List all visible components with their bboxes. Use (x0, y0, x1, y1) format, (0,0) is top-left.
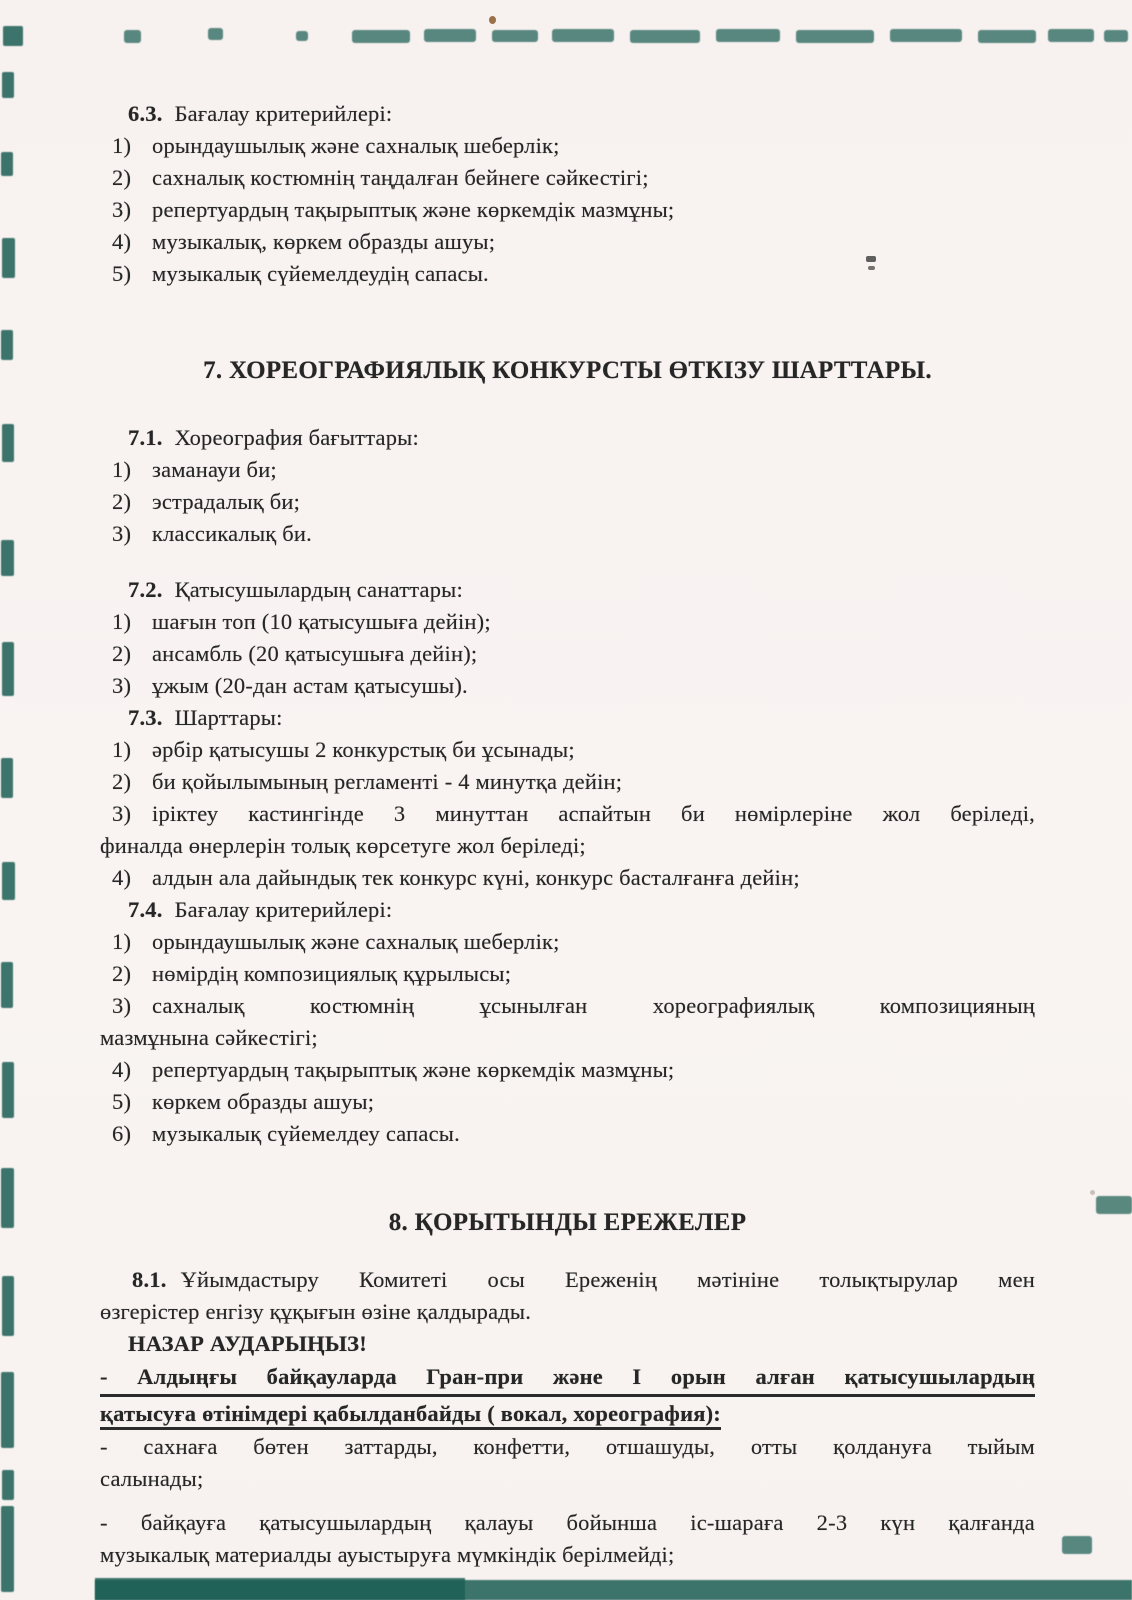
scanned-document-page: 6.3.Бағалау критерийлері: 1)орындаушылық… (0, 0, 1132, 1600)
paragraph-8-1: 8.1.Ұйымдастыру Комитеті осы Ереженің мә… (100, 1264, 1035, 1328)
scan-artifact (492, 30, 538, 42)
scan-artifact (552, 29, 614, 42)
rule-line: музыкалық материалды ауыстыруға мүмкінді… (100, 1539, 1035, 1571)
scan-artifact (1, 1168, 14, 1228)
warning-line: қатысуға өтінімдері қабылданбайды ( вока… (100, 1397, 1035, 1431)
list-item: 5)көркем образды ашуы; (100, 1086, 1035, 1118)
scan-artifact (1048, 29, 1094, 42)
list-item: 3)сахналық костюмнің ұсынылған хореограф… (100, 990, 1035, 1022)
list-item: 5)музыкалық сүйемелдеудің сапасы. (100, 258, 1035, 290)
list-item: 1)орындаушылық және сахналық шеберлік; (100, 130, 1035, 162)
scan-artifact (1096, 1196, 1132, 1214)
scan-artifact (424, 29, 476, 42)
paragraph-line: 8.1.Ұйымдастыру Комитеті осы Ереженің мә… (100, 1264, 1035, 1296)
scan-artifact (3, 26, 23, 46)
list-item-continuation: мазмұнына сәйкестігі; (100, 1022, 1035, 1054)
scan-artifact (2, 642, 14, 696)
list-item: 1)орындаушылық және сахналық шеберлік; (100, 926, 1035, 958)
rule-line: салынады; (100, 1463, 1035, 1495)
scan-artifact (716, 29, 780, 42)
heading-8: 8. ҚОРЫТЫНДЫ ЕРЕЖЕЛЕР (100, 1206, 1035, 1240)
section-7-3-heading: 7.3.Шарттары: (100, 702, 1035, 734)
list-item: 2)нөмірдің композициялық құрылысы; (100, 958, 1035, 990)
list-item: 2)би қойылымының регламенті - 4 минутқа … (100, 766, 1035, 798)
paper-speck (1090, 1190, 1095, 1195)
scan-artifact (124, 30, 141, 43)
scan-artifact (95, 1578, 465, 1600)
list-item: 4)репертуардың тақырыптық және көркемдік… (100, 1054, 1035, 1086)
attention-heading: НАЗАР АУДАРЫҢЫЗ! (100, 1328, 1035, 1360)
list-item: 1)шағын топ (10 қатысушыға дейін); (100, 606, 1035, 638)
scan-artifact (2, 238, 15, 278)
scan-artifact (1, 758, 13, 798)
scan-artifact (2, 862, 15, 900)
list-item: 1)заманауи би; (100, 454, 1035, 486)
section-6-3-heading: 6.3.Бағалау критерийлері: (100, 98, 1035, 130)
paper-speck (489, 16, 496, 24)
scan-artifact (296, 31, 308, 41)
scan-artifact (1, 1506, 14, 1592)
section-title: Бағалау критерийлері: (175, 101, 393, 126)
section-7-2-heading: 7.2.Қатысушылардың санаттары: (100, 574, 1035, 606)
scan-artifact (1104, 30, 1128, 42)
list-item: 6)музыкалық сүйемелдеу сапасы. (100, 1118, 1035, 1150)
list-item: 3)ұжым (20-дан астам қатысушы). (100, 670, 1035, 702)
scan-artifact (2, 424, 14, 462)
scan-artifact (2, 1062, 14, 1118)
warning-block: - Алдыңғы байқауларда Гран-при және I ор… (100, 1360, 1035, 1431)
scan-artifact (1, 1372, 14, 1448)
section-7-1-heading: 7.1.Хореография бағыттары: (100, 422, 1035, 454)
list-item: 2)ансамбль (20 қатысушыға дейін); (100, 638, 1035, 670)
heading-7: 7. ХОРЕОГРАФИЯЛЫҚ КОНКУРСТЫ ӨТКІЗУ ШАРТТ… (100, 354, 1035, 388)
list-item: 1)әрбір қатысушы 2 конкурстық би ұсынады… (100, 734, 1035, 766)
list-item: 3)іріктеу кастингінде 3 минуттан аспайты… (100, 798, 1035, 830)
scan-artifact (2, 72, 14, 98)
rule-line: - сахнаға бөтен заттарды, конфетти, отша… (100, 1431, 1035, 1463)
warning-line: - Алдыңғы байқауларда Гран-при және I ор… (100, 1360, 1035, 1397)
section-number: 6.3. (128, 101, 163, 126)
scan-artifact (2, 1470, 14, 1500)
scan-artifact (1062, 1536, 1092, 1554)
scan-artifact (1, 152, 13, 176)
paragraph-line: өзгерістер енгізу құқығын өзіне қалдырад… (100, 1296, 1035, 1328)
document-content: 6.3.Бағалау критерийлері: 1)орындаушылық… (100, 98, 1035, 1571)
section-7-4-heading: 7.4.Бағалау критерийлері: (100, 894, 1035, 926)
list-item: 2)эстрадалық би; (100, 486, 1035, 518)
scan-artifact (890, 29, 962, 42)
list-item: 2)сахналық костюмнің таңдалған бейнеге с… (100, 162, 1035, 194)
scan-artifact (352, 30, 410, 43)
list-item: 4)музыкалық, көркем образды ашуы; (100, 226, 1035, 258)
scan-artifact (1, 540, 14, 576)
scan-artifact (1, 330, 13, 360)
list-item-continuation: финалда өнерлерін толық көрсетуге жол бе… (100, 830, 1035, 862)
scan-artifact (2, 1276, 14, 1336)
scan-artifact (208, 28, 223, 40)
scan-artifact (1, 962, 13, 1008)
list-item: 3)репертуардың тақырыптық және көркемдік… (100, 194, 1035, 226)
list-item: 3)классикалық би. (100, 518, 1035, 550)
scan-artifact (630, 30, 700, 43)
scan-artifact (796, 30, 874, 43)
scan-artifact (978, 30, 1036, 43)
list-item: 4)алдын ала дайындық тек конкурс күні, к… (100, 862, 1035, 894)
rule-line: - байқауға қатысушылардың қалауы бойынша… (100, 1507, 1035, 1539)
